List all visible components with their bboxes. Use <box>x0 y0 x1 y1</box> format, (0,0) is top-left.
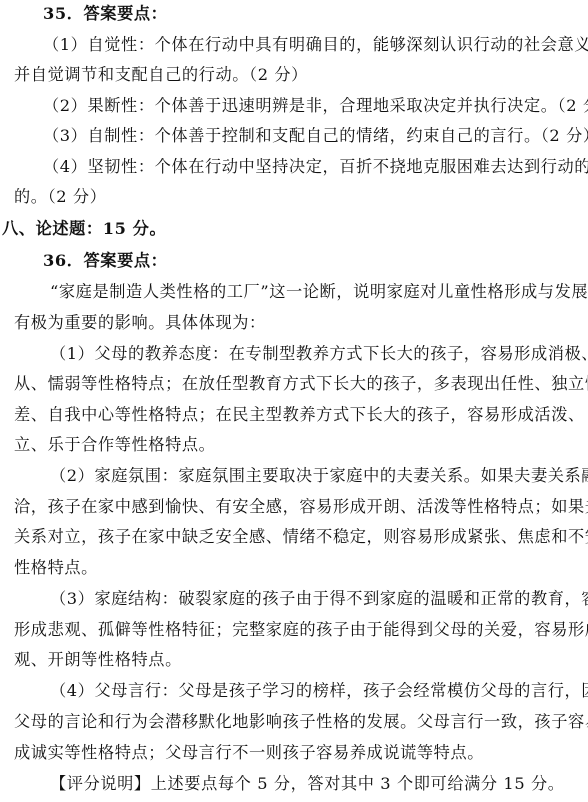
q35-item-4-line-2: 的。（2 分） <box>14 186 106 208</box>
q36-heading: 36．答案要点： <box>43 250 167 272</box>
q35-item-1-line-2: 并自觉调节和支配自己的行动。（2 分） <box>14 64 308 86</box>
q36-point-4-line-3: 成诚实等性格特点；父母言行不一则孩子容易养成说谎等特点。 <box>14 742 484 764</box>
q36-intro-line-1: “家庭是制造人类性格的工厂”这一论断，说明家庭对儿童性格形成与发展具 <box>50 281 583 303</box>
q36-intro-line-2: 有极为重要的影响。具体体现为： <box>14 312 266 334</box>
q36-point-3-line-2: 形成悲观、孤僻等性格特征；完整家庭的孩子由于能得到父母的关爱，容易形成乐 <box>14 619 584 641</box>
q36-point-1-line-1: （1）父母的教养态度：在专制型教养方式下长大的孩子，容易形成消极、顺 <box>50 343 583 365</box>
q36-point-2-line-3: 关系对立，孩子在家中缺乏安全感、情绪不稳定，则容易形成紧张、焦虑和不安等 <box>14 526 584 548</box>
q35-item-4-line-1: （4）坚韧性：个体在行动中坚持决定，百折不挠地克服困难去达到行动的目 <box>43 156 583 178</box>
q35-heading: 35．答案要点： <box>43 3 167 25</box>
q35-item-1-line-1: （1）自觉性：个体在行动中具有明确目的，能够深刻认识行动的社会意义， <box>43 34 583 56</box>
q36-point-1-line-4: 立、乐于合作等性格特点。 <box>14 434 215 456</box>
q36-point-2-line-1: （2）家庭氛围：家庭氛围主要取决于家庭中的夫妻关系。如果夫妻关系融 <box>50 465 583 487</box>
q36-point-2-line-2: 洽，孩子在家中感到愉快、有安全感，容易形成开朗、活泼等性格特点；如果夫妻 <box>14 496 584 518</box>
q36-point-4-line-1: （4）父母言行：父母是孩子学习的榜样，孩子会经常模仿父母的言行，因此 <box>50 680 583 702</box>
q36-point-3-line-1: （3）家庭结构：破裂家庭的孩子由于得不到家庭的温暖和正常的教育，容易 <box>50 588 583 610</box>
q36-scoring-note: 【评分说明】上述要点每个 5 分，答对其中 3 个即可给满分 15 分。 <box>50 773 565 795</box>
section-8-heading: 八、论述题：15 分。 <box>2 218 166 240</box>
q36-point-1-line-3: 差、自我中心等性格特点；在民主型教养方式下长大的孩子，容易形成活泼、自 <box>14 404 584 426</box>
q35-item-2: （2）果断性：个体善于迅速明辨是非，合理地采取决定并执行决定。（2 分） <box>43 95 588 117</box>
q36-point-4-line-2: 父母的言论和行为会潜移默化地影响孩子性格的发展。父母言行一致，孩子容易养 <box>14 711 584 733</box>
q35-item-3: （3）自制性：个体善于控制和支配自己的情绪，约束自己的言行。（2 分） <box>43 125 588 147</box>
q36-point-2-line-4: 性格特点。 <box>14 557 98 579</box>
q36-point-3-line-3: 观、开朗等性格特点。 <box>14 649 182 671</box>
q36-point-1-line-2: 从、懦弱等性格特点；在放任型教育方式下长大的孩子，多表现出任性、独立性 <box>14 373 584 395</box>
answer-key-page: 35．答案要点： （1）自觉性：个体在行动中具有明确目的，能够深刻认识行动的社会… <box>0 0 588 802</box>
